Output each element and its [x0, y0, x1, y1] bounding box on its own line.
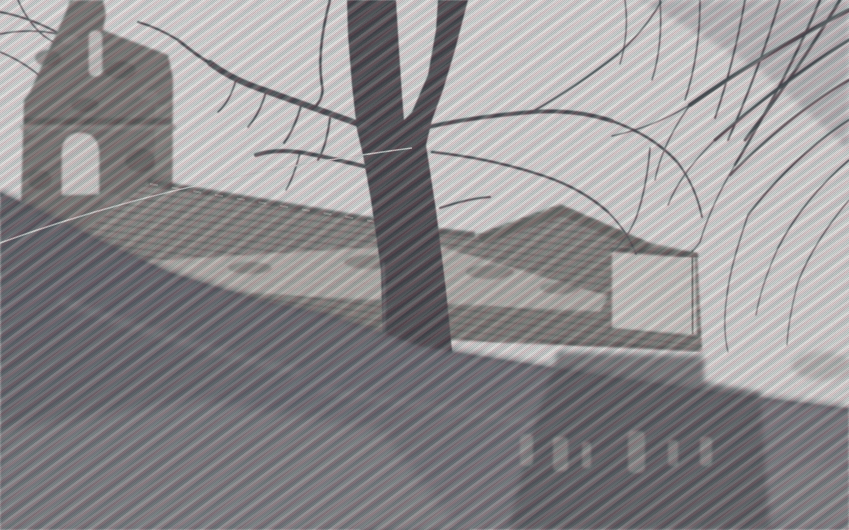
halftone-dot-overlay [0, 0, 849, 530]
photo-canvas [0, 0, 849, 530]
halftone-photograph [0, 0, 849, 530]
